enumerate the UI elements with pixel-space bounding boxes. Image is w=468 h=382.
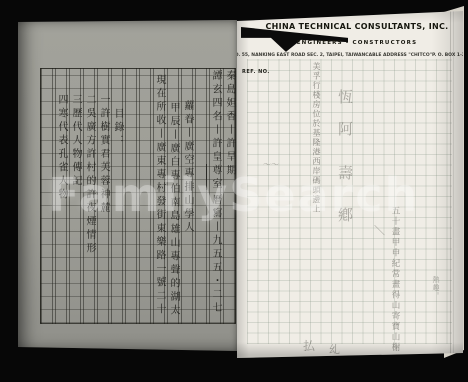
manuscript-column-toc: 目錄： <box>110 108 124 149</box>
pencil-scribble: ～～ <box>263 159 279 170</box>
pencil-note: 熱趣。 <box>428 276 441 300</box>
manuscript-column: 甲辰丨廣白專伯南島雄山專聲的湖太 <box>166 102 180 318</box>
page-fold-line <box>453 11 454 358</box>
manuscript-column: 一許樹實君芙蓉神麓 <box>96 94 110 216</box>
pencil-glyph: 阿 <box>338 118 356 139</box>
page-shading <box>237 11 463 358</box>
manuscript-column: 現在所收丨廣東專村發街東樂路一號二十 <box>152 74 166 317</box>
manuscript-column: 三歷代人物傳記 <box>68 94 82 189</box>
pencil-glyph: 恆 <box>338 86 356 107</box>
manuscript-column: 四寒代表孔雀人物 <box>54 94 68 202</box>
manuscript-column: 曆寫丨九五五・二七 <box>208 194 222 316</box>
company-subtitle: ENGINEERS - CONSTRUCTORS <box>255 40 459 46</box>
pencil-glyph: 鄕 <box>338 204 356 225</box>
manuscript-column: 譚玄四名丨許皇尊室 <box>208 70 222 192</box>
pencil-column: 美孚行棧房位於基隆港西岸碼頭邊上 <box>309 62 322 214</box>
company-name: CHINA TECHNICAL CONSULTANTS, INC. <box>255 22 459 31</box>
address-line: NO. 55, NANKING EAST ROAD SEC. 2, TAIPEI… <box>231 53 465 58</box>
pencil-column: 五十畫甲申紀常畫得山寄寶山榭 <box>388 206 401 353</box>
page-fold-line <box>450 11 451 358</box>
ref-no-label: REF. NO. <box>242 69 270 75</box>
address-street: NO. 55, NANKING EAST ROAD SEC. 2, TAIPEI… <box>231 53 365 58</box>
letterhead-page: CHINA TECHNICAL CONSULTANTS, INC. ENGINE… <box>237 11 463 358</box>
pencil-scribble: 払 <box>303 337 315 354</box>
pencil-glyph: 壽 <box>338 162 356 183</box>
manuscript-page <box>18 20 237 351</box>
manuscript-column: 秦島妲香丨許旱期 <box>222 70 236 178</box>
pencil-scribble: 乣 <box>329 341 340 357</box>
microfilm-frame: 秦島妲香丨許旱期 譚玄四名丨許皇尊室 曆寫丨九五五・二七 蘿眷丨廣空專排山學人 … <box>0 0 468 382</box>
underline-mark <box>206 164 207 190</box>
manuscript-column: 二吳廣方許村的許夜煙情形 <box>82 94 96 256</box>
manuscript-column: 蘿眷丨廣空專排山學人 <box>180 100 194 235</box>
address-cable: CABLE ADDRESS "CHITCO" <box>365 53 432 58</box>
pencil-scribble: ＼ <box>374 222 385 238</box>
